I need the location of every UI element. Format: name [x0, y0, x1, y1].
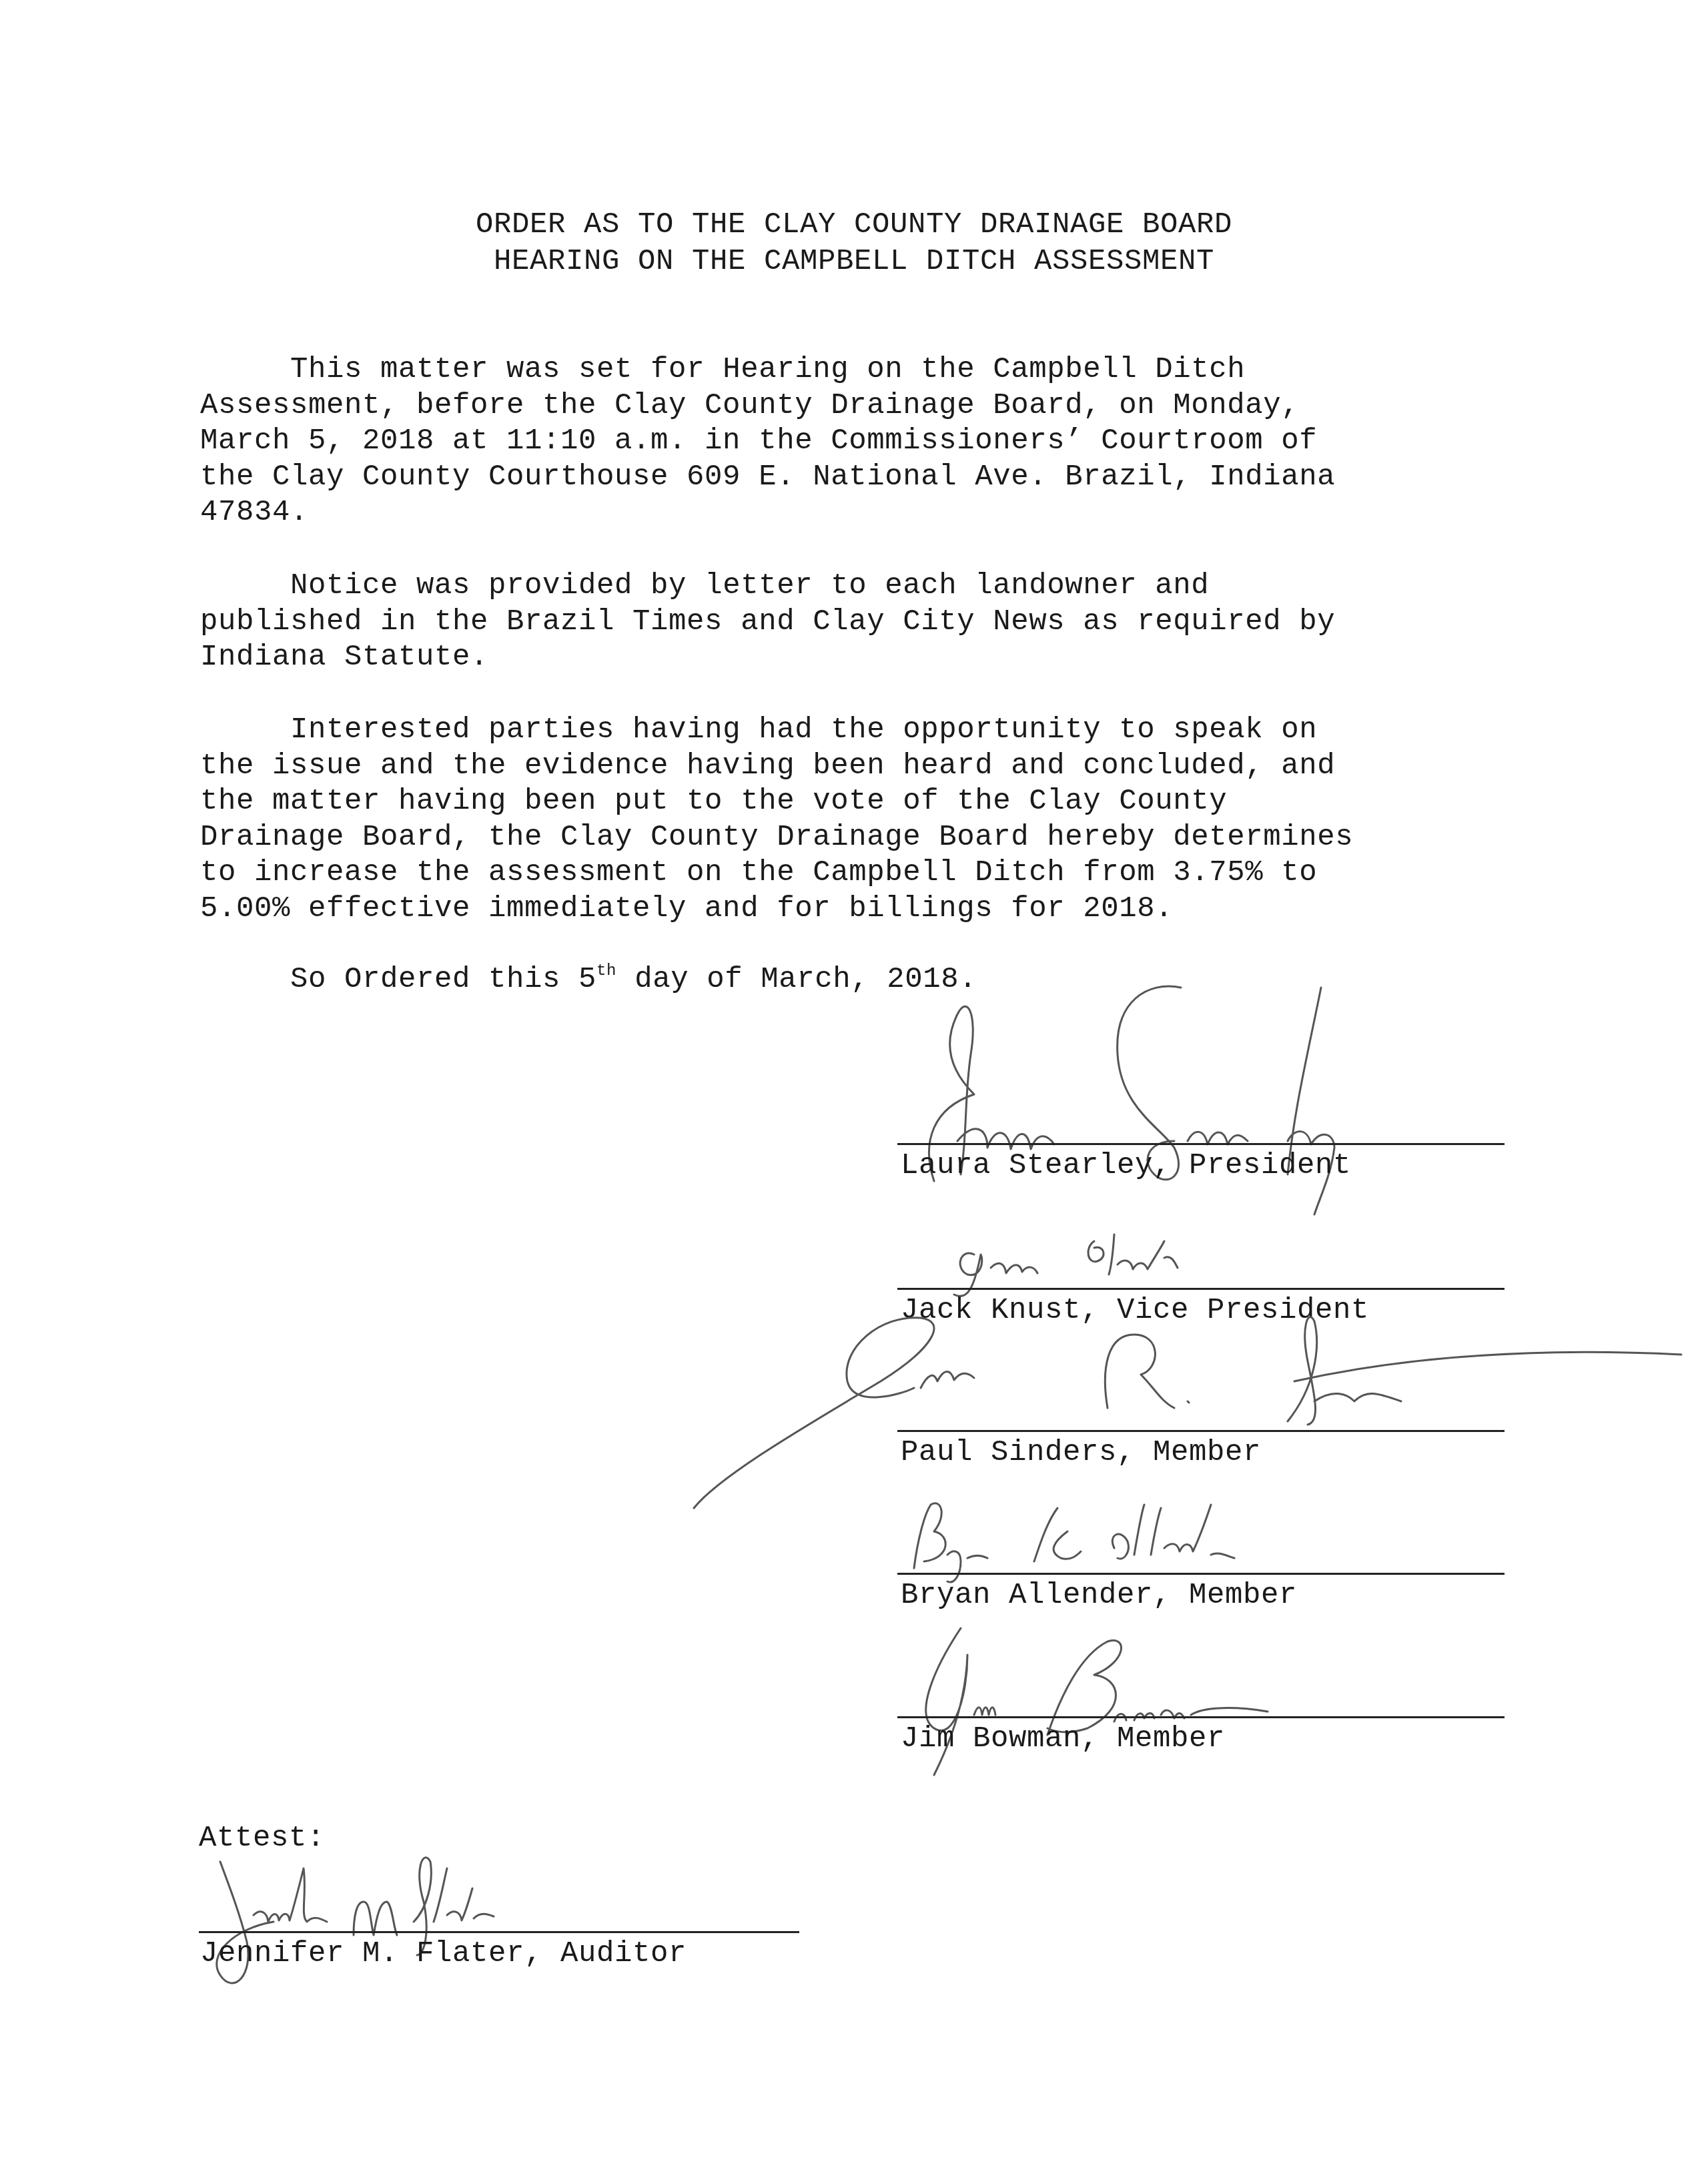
signatory-name: Jim Bowman, Member	[901, 1722, 1225, 1756]
signatory-name: Laura Stearley, President	[901, 1149, 1351, 1182]
paragraph-hearing-details: This matter was set for Hearing on the C…	[200, 352, 1535, 531]
so-ordered-prefix: So Ordered this 5	[200, 963, 596, 996]
signature-line	[897, 1143, 1505, 1145]
handwritten-signature-icon	[193, 1842, 661, 2002]
paragraph-determination: Interested parties having had the opport…	[200, 713, 1535, 927]
handwritten-signature-icon	[934, 1228, 1268, 1301]
document-title-line-1: ORDER AS TO THE CLAY COUNTY DRAINAGE BOA…	[0, 208, 1708, 242]
signatory-name: Paul Sinders, Member	[901, 1436, 1261, 1469]
signature-line	[897, 1288, 1505, 1290]
signature-line	[897, 1573, 1505, 1575]
signature-line	[897, 1716, 1505, 1718]
so-ordered-line: So Ordered this 5th day of March, 2018.	[200, 963, 977, 996]
document-page: ORDER AS TO THE CLAY COUNTY DRAINAGE BOA…	[0, 0, 1708, 2178]
attest-name: Jennifer M. Flater, Auditor	[200, 1937, 687, 1970]
signatory-name: Bryan Allender, Member	[901, 1579, 1297, 1612]
signature-line	[897, 1430, 1505, 1432]
document-title-line-2: HEARING ON THE CAMPBELL DITCH ASSESSMENT	[0, 245, 1708, 278]
paragraph-notice: Notice was provided by letter to each la…	[200, 569, 1535, 676]
signature-line	[199, 1931, 799, 1933]
so-ordered-superscript: th	[596, 962, 616, 980]
